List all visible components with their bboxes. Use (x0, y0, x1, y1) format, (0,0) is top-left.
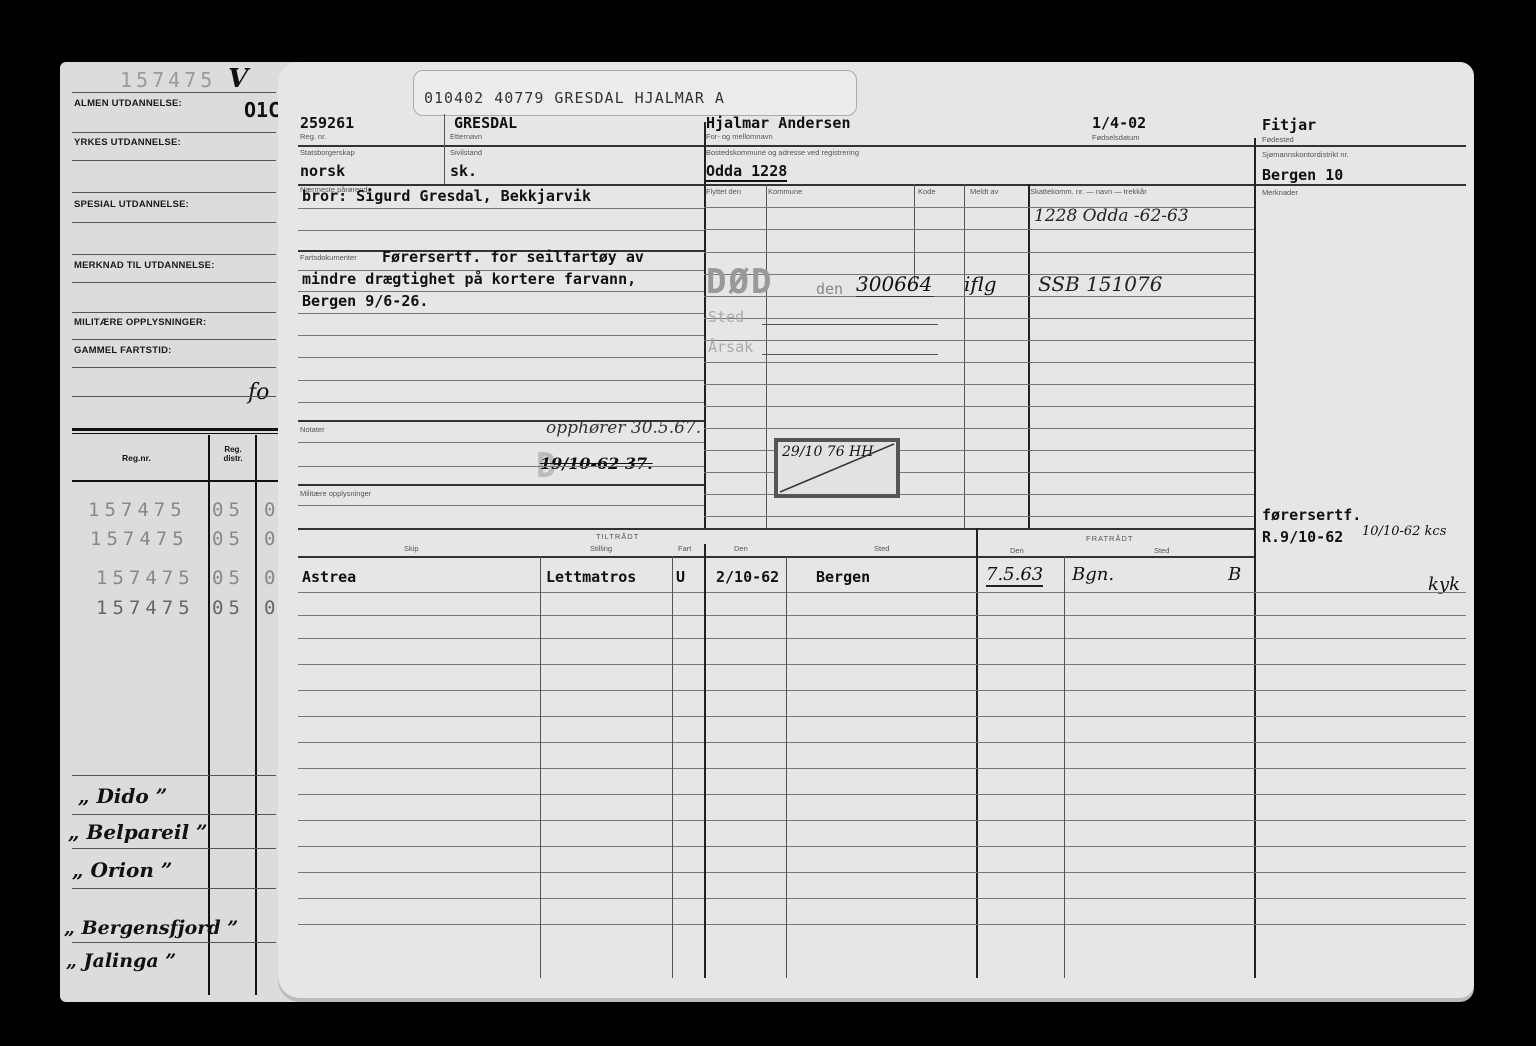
sivilstand-value: sk. (450, 162, 477, 180)
fratradt-sted-header: Sted (1154, 546, 1169, 555)
reg-row-0-distr: 05 (212, 499, 245, 521)
skip-header: Skip (404, 544, 419, 553)
bostedskommune-label: Bostedskommune og adresse ved registreri… (706, 148, 859, 157)
service-row-0-fart: U (676, 568, 685, 586)
header-reg-distr: Reg. distr. (216, 445, 250, 463)
label-almen: ALMEN UTDANNELSE: (74, 98, 182, 109)
fartsdok-line-0: Førersertf. for seilfartøy av (382, 248, 644, 266)
label-gammel-fartstid: GAMMEL FARTSTID: (74, 345, 172, 356)
militaere-label: Militære opplysninger (300, 489, 371, 498)
death-source: SSB 151076 (1038, 272, 1162, 296)
reg-row-3-nr: 157475 (96, 597, 195, 619)
header-strip-text: 010402 40779 GRESDAL HJALMAR A (424, 89, 725, 107)
service-row-0-mark: B (1228, 564, 1241, 585)
reg-row-1-nr: 157475 (90, 528, 189, 550)
kode-header: Kode (918, 187, 936, 196)
ship-orion: „ Orion ” (72, 858, 172, 882)
meldt-av-header: Meldt av (970, 187, 998, 196)
label-yrkes: YRKES UTDANNELSE: (74, 137, 181, 148)
fornavn-value: Hjalmar Andersen (706, 114, 851, 132)
check-mark: V (228, 64, 248, 94)
fratradt-den-header: Den (1010, 546, 1024, 555)
fratradt-label: FRATRÅDT (1086, 534, 1133, 543)
fartsdokumenter-label: Fartsdokumenter (300, 253, 357, 262)
service-row-0-fratradt-den: 7.5.63 (986, 564, 1043, 587)
reg-nr-value: 259261 (300, 114, 354, 132)
label-militaere: MILITÆRE OPPLYSNINGER: (74, 317, 206, 328)
sivilstand-label: Sivilstand (450, 148, 482, 157)
fodselsdatum-label: Fødselsdatum (1092, 133, 1140, 142)
corner-code: O1C (244, 98, 280, 122)
merknader-handwritten: 10/10-62 kcs (1362, 524, 1446, 539)
reg-row-1-distr: 05 (212, 528, 245, 550)
death-arsak-label: Årsak (708, 338, 753, 356)
sjomannskontor-value: Bergen 10 (1262, 166, 1343, 184)
ship-bergensfjord: „ Bergensfjord ” (64, 917, 238, 939)
header-reg-nr: Reg.nr. (122, 453, 151, 463)
fartsdok-line-2: Bergen 9/6-26. (302, 292, 428, 310)
statsborgerskap-label: Statsborgerskap (300, 148, 355, 157)
front-card: 010402 40779 GRESDAL HJALMAR A 259261 Re… (278, 62, 1474, 998)
skatt-entry: 1228 Odda -62-63 (1034, 206, 1189, 226)
death-sted-label: Sted (708, 308, 744, 326)
fartstid-mark: fo (248, 380, 269, 405)
service-row-0-den: 2/10-62 (716, 568, 779, 586)
back-card: 157475 V O1C ALMEN UTDANNELSE: YRKES UTD… (60, 62, 300, 1002)
service-row-0-fratradt-sted: Bgn. (1072, 564, 1114, 585)
flyttet-den-header: Flyttet den (706, 187, 741, 196)
bostedskommune-value: Odda 1228 (706, 162, 787, 182)
ship-belpareil: „ Belpareil ” (68, 820, 208, 844)
kommune-header: Kommune (768, 187, 802, 196)
service-row-0-stilling: Lettmatros (546, 568, 636, 586)
etternavn-label: Etternavn (450, 132, 482, 141)
den-header: Den (734, 544, 748, 553)
statsborgerskap-value: norsk (300, 162, 345, 180)
merknader-line-0: førersertf. (1262, 506, 1361, 524)
back-card-number: 157475 (120, 68, 216, 92)
reg-nr-label: Reg. nr. (300, 132, 326, 141)
fodested-value: Fitjar (1262, 116, 1316, 134)
notater-label: Notater (300, 425, 325, 434)
ship-dido: „ Dido ” (78, 784, 167, 808)
death-date: 300664 (856, 272, 934, 297)
fartsdok-line-1: mindre drægtighet på kortere farvann, (302, 270, 636, 288)
skattekomm-header: Skattekomm. nr. — navn — trekkår (1030, 187, 1147, 196)
fornavn-label: For- og mellomnavn (706, 132, 773, 141)
dod-stamp: DØD (706, 262, 773, 302)
tiltradt-label: TILTRÅDT (596, 532, 639, 541)
fodested-label: Fødested (1262, 135, 1294, 144)
header-strip: 010402 40779 GRESDAL HJALMAR A (413, 70, 857, 116)
reg-row-0-nr: 157475 (88, 499, 187, 521)
fodselsdatum-value: 1/4-02 (1092, 114, 1146, 132)
parorende-value: bror: Sigurd Gresdal, Bekkjarvik (302, 187, 591, 205)
sjomannskontor-label: Sjømannskontordistrikt nr. (1262, 150, 1349, 159)
service-row-0-sted: Bergen (816, 568, 870, 586)
ship-jalinga: „ Jalinga ” (66, 950, 176, 972)
diagonal-strike-icon (778, 442, 896, 494)
label-merknad: MERKNAD TIL UTDANNELSE: (74, 260, 215, 271)
death-iflg: iflg (964, 272, 997, 296)
cancel-box-stamp: 29/10 76 HH (774, 438, 900, 498)
merknader-line-1: R.9/10-62 (1262, 528, 1343, 546)
sted-header: Sted (874, 544, 889, 553)
notater-handwritten: opphører 30.5.67. (546, 418, 701, 438)
etternavn-value: GRESDAL (454, 114, 517, 132)
fart-header: Fart (678, 544, 691, 553)
notater-crossed-entry: 19/10-62 37. (540, 454, 653, 473)
service-row-0-skip: Astrea (302, 568, 356, 586)
dod-den-label: den (816, 280, 843, 298)
stilling-header: Stilling (590, 544, 612, 553)
reg-row-3-distr: 05 (212, 597, 245, 619)
reg-row-2-nr: 157475 (96, 567, 195, 589)
merknader-label: Merknader (1262, 188, 1298, 197)
reg-row-2-distr: 05 (212, 567, 245, 589)
label-spesial: SPESIAL UTDANNELSE: (74, 199, 189, 210)
